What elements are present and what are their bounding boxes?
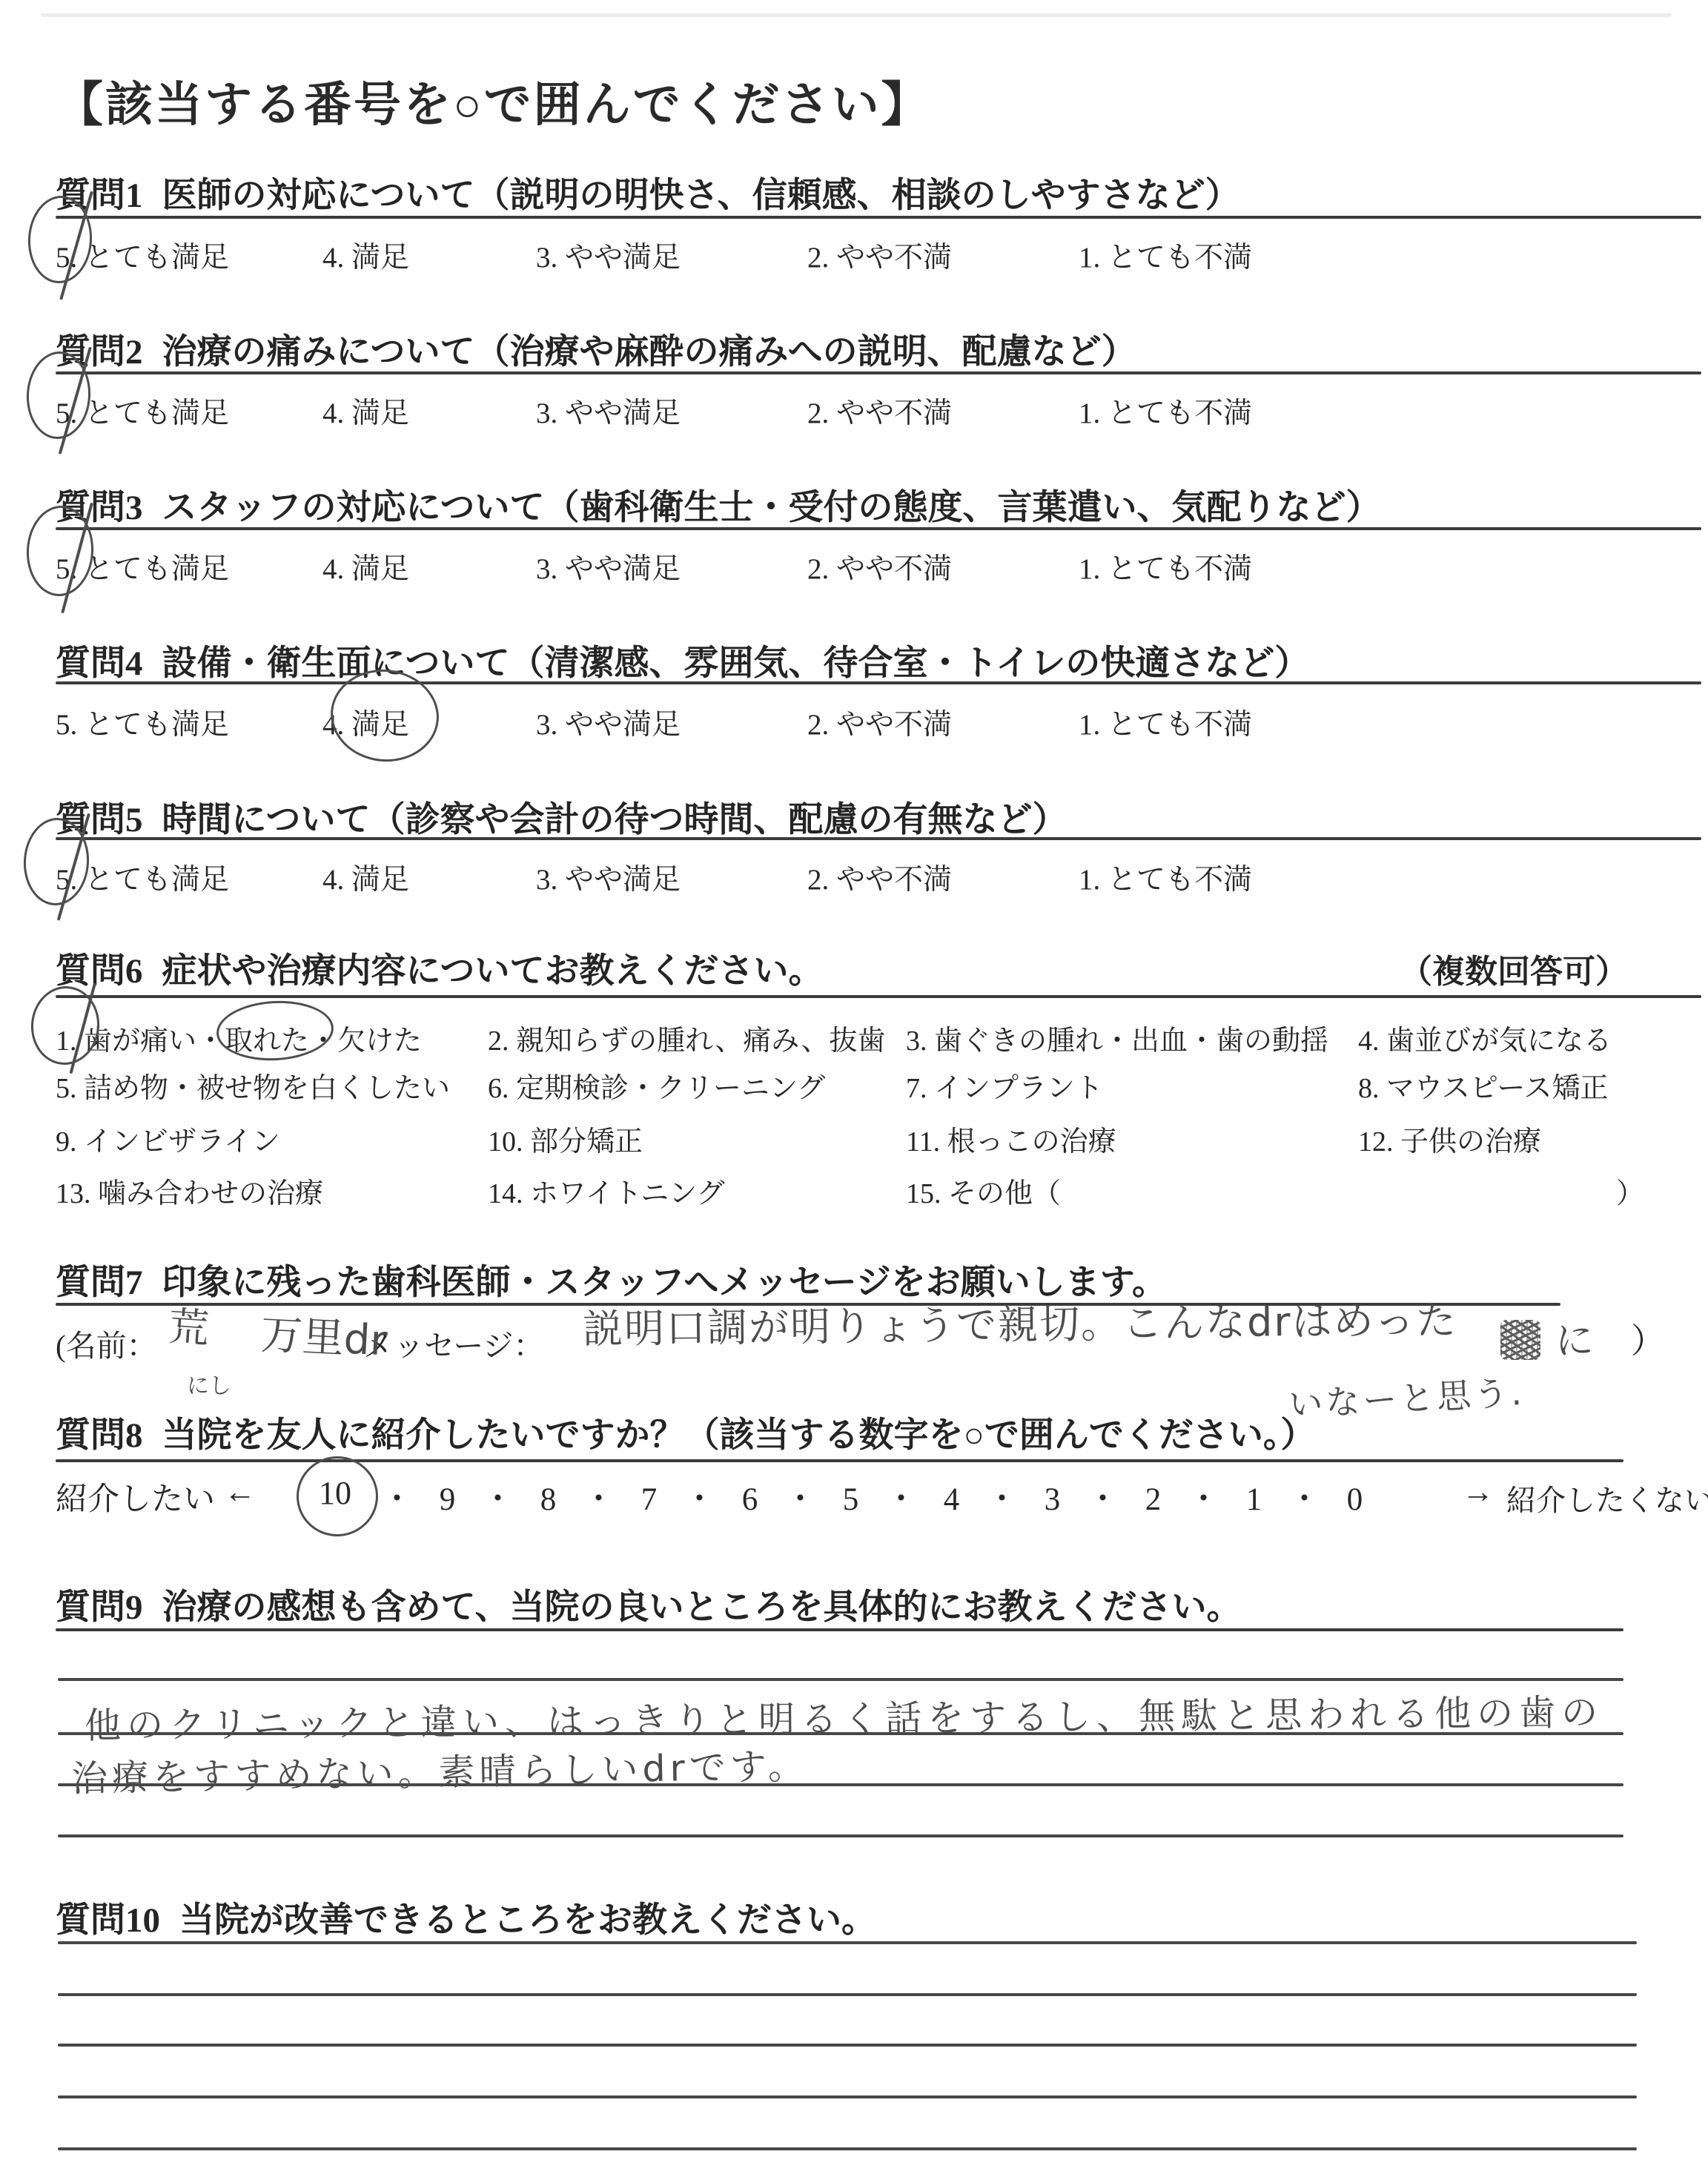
- q6-title: 症状や治療内容についてお教えください。: [162, 952, 824, 991]
- q7-label: 質問7: [56, 1264, 143, 1302]
- q10-answer-line-3: [58, 2044, 1637, 2047]
- q10-answer-line-1: [58, 1941, 1637, 1944]
- handwriting-q7-name-kana: にし: [187, 1367, 231, 1400]
- q4-option-5: 5. とても満足: [56, 701, 229, 743]
- q6-item-13: 13. 噛み合わせの治療: [56, 1170, 323, 1211]
- q1-option-1: 1. とても不満: [1079, 234, 1252, 276]
- q6-item-7: 7. インプラント: [906, 1065, 1103, 1106]
- q6-item-9: 9. インビザライン: [56, 1118, 280, 1159]
- q2-option-1: 1. とても不満: [1079, 390, 1252, 432]
- q7-close-paren: ）: [1631, 1314, 1665, 1363]
- q7-message-prefix: メッセージ：: [363, 1321, 544, 1365]
- q5-options: 5. とても満足 4. 満足 3. やや満足 2. やや不満 1. とても不満: [0, 856, 1708, 894]
- q10-title: 当院が改善できるところをお教えください。: [179, 1901, 876, 1940]
- q2-heading: 質問2治療の痛みについて（治療や麻酔の痛みへの説明、配慮など）: [56, 324, 1136, 374]
- q9-answer-line-4: [58, 1834, 1623, 1837]
- q1-title: 医師の対応について（説明の明快さ、信頼感、相談のしやすさなど）: [162, 176, 1240, 215]
- q5-heading: 質問5時間について（診察や会計の待つ時間、配慮の有無など）: [56, 792, 1067, 842]
- q8-scale-left-label: 紹介したい: [56, 1474, 215, 1519]
- q7-name-prefix: (名前：: [56, 1321, 157, 1365]
- q6-item-15-close-paren: ）: [1616, 1170, 1644, 1211]
- q1-option-4: 4. 満足: [322, 234, 409, 276]
- q10-label: 質問10: [56, 1901, 160, 1940]
- q5-title: 時間について（診察や会計の待つ時間、配慮の有無など）: [162, 801, 1067, 839]
- q3-option-3: 3. やや満足: [536, 546, 681, 587]
- q3-option-1: 1. とても不満: [1079, 546, 1252, 587]
- handwriting-q7-name-kanji: 荒: [167, 1295, 211, 1355]
- q4-title: 設備・衛生面について（清潔感、雰囲気、待合室・トイレの快適さなど）: [162, 644, 1310, 683]
- handwriting-q7-message-part1: 説明口調が明りょうで親切。こんなdrはめった: [583, 1289, 1458, 1355]
- q10-answer-line-5: [58, 2147, 1637, 2150]
- q10-answer-line-4: [58, 2095, 1637, 2098]
- q6-heading: 質問6症状や治療内容についてお教えください。: [56, 943, 824, 993]
- q4-heading: 質問4設備・衛生面について（清潔感、雰囲気、待合室・トイレの快適さなど）: [56, 635, 1309, 685]
- q1-options: 5. とても満足 4. 満足 3. やや満足 2. やや不満 1. とても不満: [0, 234, 1708, 271]
- q2-title: 治療の痛みについて（治療や麻酔の痛みへの説明、配慮など）: [162, 333, 1136, 371]
- handwriting-q7-scribbled-out-character: [1500, 1320, 1540, 1360]
- q2-option-3: 3. やや満足: [536, 390, 681, 432]
- q8-divider: [56, 1459, 1623, 1462]
- q6-item-5: 5. 詰め物・被せ物を白くしたい: [56, 1065, 450, 1106]
- q3-options: 5. とても満足 4. 満足 3. やや満足 2. やや不満 1. とても不満: [0, 546, 1708, 583]
- q2-option-4: 4. 満足: [322, 390, 409, 432]
- q8-scale-right-label: 紹介したくない: [1506, 1477, 1708, 1519]
- q2-option-2: 2. やや不満: [807, 390, 952, 432]
- q6-label: 質問6: [56, 952, 143, 991]
- q6-divider: [56, 995, 1701, 998]
- handwritten-circle-q8-value10: [294, 1453, 380, 1539]
- q3-option-2: 2. やや不満: [807, 546, 952, 587]
- q5-option-4: 4. 満足: [322, 856, 409, 898]
- q6-multi-answer-note: （複数回答可）: [1400, 945, 1628, 992]
- q4-option-3: 3. やや満足: [536, 701, 681, 743]
- q8-scale-values-9-to-0: ・ 9 ・ 8 ・ 7 ・ 6 ・ 5 ・ 4 ・ 3 ・ 2 ・ 1 ・ 0: [381, 1474, 1363, 1519]
- q6-item-2: 2. 親知らずの腫れ、痛み、抜歯: [488, 1017, 886, 1058]
- q10-answer-line-2: [58, 1993, 1637, 1996]
- q5-option-2: 2. やや不満: [807, 856, 952, 898]
- q8-right-arrow-icon: →: [1462, 1474, 1494, 1510]
- q4-options: 5. とても満足 4. 満足 3. やや満足 2. やや不満 1. とても不満: [0, 701, 1708, 739]
- q8-heading: 質問8当院を友人に紹介したいですか？（該当する数字を○で囲んでください。）: [56, 1407, 1315, 1457]
- q6-item-15: 15. その他（: [906, 1170, 1061, 1211]
- q4-divider: [56, 681, 1701, 684]
- scan-edge-artifact: [41, 13, 1672, 17]
- q3-heading: 質問3スタッフの対応について（歯科衛生士・受付の態度、言葉遣い、気配りなど）: [56, 480, 1381, 529]
- q1-divider: [56, 216, 1701, 219]
- q1-heading: 質問1医師の対応について（説明の明快さ、信頼感、相談のしやすさなど）: [56, 168, 1240, 217]
- q4-label: 質問4: [56, 644, 143, 683]
- q8-label: 質問8: [56, 1416, 143, 1455]
- survey-page: 【該当する番号を○で囲んでください】 質問1医師の対応について（説明の明快さ、信…: [0, 0, 1708, 2160]
- handwriting-q7-message-line2: いなーと思う.: [1287, 1366, 1526, 1427]
- q6-item-14: 14. ホワイトニング: [488, 1170, 725, 1211]
- q6-item-11: 11. 根っこの治療: [906, 1118, 1116, 1159]
- handwriting-q7-name-doctor: 万里dr: [259, 1302, 389, 1368]
- q8-title: 当院を友人に紹介したいですか？（該当する数字を○で囲んでください。）: [162, 1416, 1316, 1455]
- q3-title: スタッフの対応について（歯科衛生士・受付の態度、言葉遣い、気配りなど）: [162, 489, 1381, 527]
- q3-option-4: 4. 満足: [322, 546, 409, 587]
- q5-divider: [56, 837, 1701, 840]
- q6-item-12: 12. 子供の治療: [1358, 1118, 1541, 1159]
- q6-item-3: 3. 歯ぐきの腫れ・出血・歯の動揺: [906, 1017, 1328, 1058]
- q5-option-3: 3. やや満足: [536, 856, 681, 898]
- q6-item-6: 6. 定期検診・クリーニング: [488, 1065, 825, 1106]
- q9-heading: 質問9治療の感想も含めて、当院の良いところを具体的にお教えください。: [56, 1579, 1242, 1629]
- q8-left-arrow-icon: ←: [224, 1474, 256, 1510]
- q9-divider: [56, 1628, 1623, 1631]
- handwriting-q7-message-part2: に: [1555, 1309, 1594, 1365]
- q2-options: 5. とても満足 4. 満足 3. やや満足 2. やや不満 1. とても不満: [0, 390, 1708, 427]
- q3-divider: [56, 527, 1701, 530]
- q9-label: 質問9: [56, 1588, 143, 1627]
- q6-item-4: 4. 歯並びが気になる: [1358, 1017, 1612, 1058]
- q4-option-1: 1. とても不満: [1079, 701, 1252, 743]
- handwriting-q9-line1: 他のクリニックと違い、はっきりと明るく話をするし、無駄と思われる他の歯の: [85, 1684, 1604, 1749]
- q1-option-2: 2. やや不満: [807, 234, 952, 276]
- q5-option-1: 1. とても不満: [1079, 856, 1252, 898]
- q1-option-3: 3. やや満足: [536, 234, 681, 276]
- q10-heading: 質問10当院が改善できるところをお教えください。: [56, 1892, 876, 1942]
- q2-divider: [56, 371, 1701, 374]
- q4-option-2: 2. やや不満: [807, 701, 952, 743]
- q9-answer-line-1: [58, 1678, 1623, 1681]
- page-title: 【該当する番号を○で囲んでください】: [56, 67, 931, 135]
- q6-item-8: 8. マウスピース矯正: [1358, 1065, 1608, 1106]
- q9-title: 治療の感想も含めて、当院の良いところを具体的にお教えください。: [162, 1588, 1242, 1627]
- q6-item-10: 10. 部分矯正: [488, 1118, 643, 1159]
